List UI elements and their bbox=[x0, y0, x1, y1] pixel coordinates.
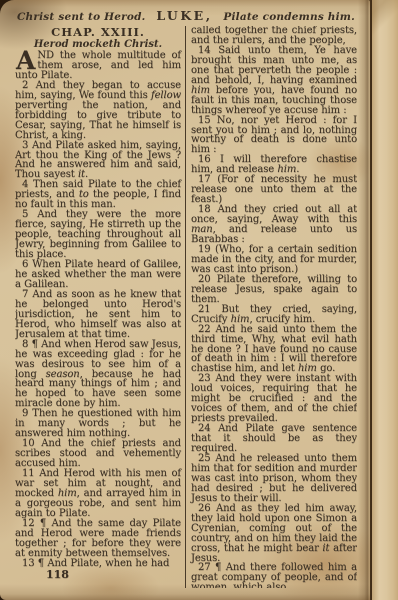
verse: 24 And Pilate gave sentence that it shou… bbox=[191, 424, 357, 454]
verse: 26 And as they led him away, they laid h… bbox=[191, 504, 357, 564]
left-column: CHAP. XXIII. Herod mocketh Christ. AND t… bbox=[15, 26, 185, 588]
verse: 23 And they were instant with loud voice… bbox=[191, 374, 357, 424]
verse: 17 (For of necessity he must release one… bbox=[191, 175, 357, 205]
chapter-heading: CHAP. XXIII. bbox=[15, 26, 181, 39]
verse: 15 No, nor yet Herod : for I sent you to… bbox=[191, 116, 357, 156]
verse: 19 (Who, for a certain sedition made in … bbox=[191, 245, 357, 275]
verse: 13 ¶ And Pilate, when he had bbox=[15, 559, 181, 569]
verse: AND the whole multitude of them arose, a… bbox=[15, 51, 181, 81]
page-number: 118 bbox=[46, 568, 69, 581]
page-content: Christ sent to Herod. LUKE, Pilate conde… bbox=[15, 8, 357, 588]
verse: 22 And he said unto them the third time,… bbox=[191, 325, 357, 375]
bible-page-photo: Christ sent to Herod. LUKE, Pilate conde… bbox=[0, 0, 398, 600]
adjacent-page-edge bbox=[372, 0, 398, 600]
verse: 18 And they cried out all at once, sayin… bbox=[191, 205, 357, 245]
verse: 7 And as soon as he knew that he belonge… bbox=[15, 290, 181, 340]
section-heading: Herod mocketh Christ. bbox=[15, 39, 181, 50]
running-head-left: Christ sent to Herod. bbox=[17, 11, 146, 23]
verse: 20 Pilate therefore, willing to release … bbox=[191, 275, 357, 305]
right-column: called together the chief priests, and t… bbox=[185, 26, 357, 588]
book-gutter-crease bbox=[358, 0, 372, 600]
verse: 2 And they began to accuse him, saying, … bbox=[15, 81, 181, 141]
verse: 21 But they cried, saying, Crucify him, … bbox=[191, 305, 357, 325]
verse: 4 Then said Pilate to the chief priests,… bbox=[15, 180, 181, 210]
verse: 10 And the chief priests and scribes sto… bbox=[15, 439, 181, 469]
verse: 14 Said unto them, Ye have brought this … bbox=[191, 46, 357, 116]
verse: 12 ¶ And the same day Pilate and Herod w… bbox=[15, 519, 181, 559]
drop-cap: A bbox=[15, 51, 37, 70]
printed-page: Christ sent to Herod. LUKE, Pilate conde… bbox=[0, 0, 370, 600]
two-column-text: CHAP. XXIII. Herod mocketh Christ. AND t… bbox=[15, 26, 357, 588]
running-head-right: Pilate condemns him. bbox=[223, 11, 355, 23]
running-head-book-title: LUKE, bbox=[156, 8, 212, 23]
verse: called together the chief priests, and t… bbox=[191, 26, 357, 46]
verse: 8 ¶ And when Herod saw Jesus, he was exc… bbox=[15, 340, 181, 410]
running-head: Christ sent to Herod. LUKE, Pilate conde… bbox=[15, 8, 357, 24]
verse: 25 And he released unto them him that fo… bbox=[191, 454, 357, 504]
verse: 27 ¶ And there followed him a great comp… bbox=[191, 563, 357, 588]
verse: 9 Then he questioned with him in many wo… bbox=[15, 409, 181, 439]
verse: 3 And Pilate asked him, saying, Art thou… bbox=[15, 141, 181, 181]
verse: 16 I will therefore chastise him, and re… bbox=[191, 155, 357, 175]
verse-text: ND the whole multitude of them arose, an… bbox=[15, 50, 181, 81]
verse: 6 When Pilate heard of Galilee, he asked… bbox=[15, 260, 181, 290]
verse: 11 And Herod with his men of war set him… bbox=[15, 469, 181, 519]
verse: 5 And they were the more fierce, saying,… bbox=[15, 210, 181, 260]
